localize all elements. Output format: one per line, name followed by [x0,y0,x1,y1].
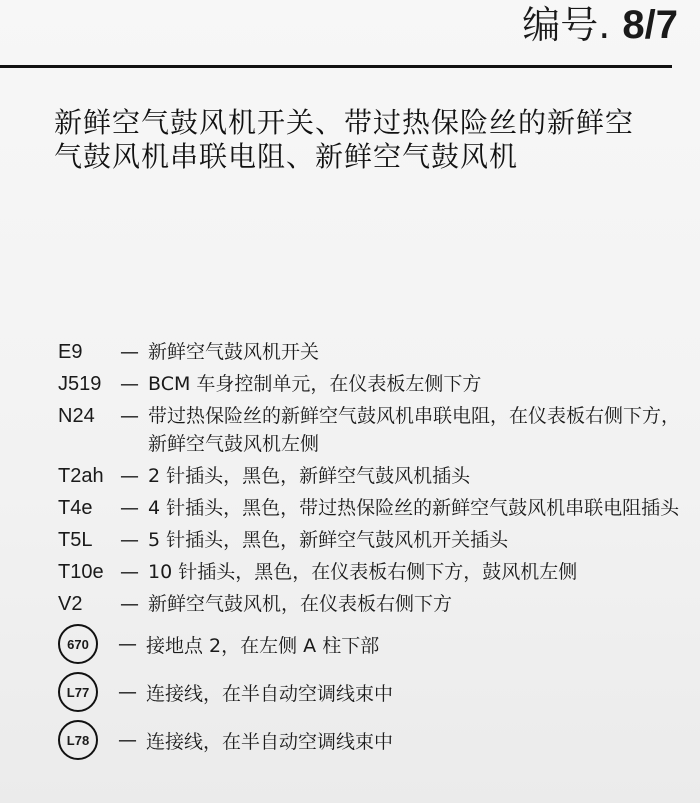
legend-desc: 5 针插头，黑色，新鲜空气鼓风机开关插头 [148,526,698,554]
legend-item-ground-670: 670 — 接地点 2，在左侧 A 柱下部 [58,622,698,666]
legend-dash: — [118,681,146,703]
connection-circle-icon: L78 [58,720,98,760]
legend-code: V2 [58,590,120,618]
title-line-2: 气鼓风机串联电阻、新鲜空气鼓风机 [54,140,694,174]
legend-desc: 接地点 2，在左侧 A 柱下部 [146,631,698,658]
legend-item-t5l: T5L — 5 针插头，黑色，新鲜空气鼓风机开关插头 [58,526,698,554]
legend-item-j519: J519 — BCM 车身控制单元，在仪表板左侧下方 [58,370,698,398]
legend-item-t2ah: T2ah — 2 针插头，黑色，新鲜空气鼓风机插头 [58,462,698,490]
legend-item-t10e: T10e — 10 针插头，黑色，在仪表板右侧下方，鼓风机左侧 [58,558,698,586]
legend-dash: — [120,526,148,554]
legend-item-n24: N24 — 带过热保险丝的新鲜空气鼓风机串联电阻，在仪表板右侧下方，新鲜空气鼓风… [58,402,698,458]
component-legend: E9 — 新鲜空气鼓风机开关 J519 — BCM 车身控制单元，在仪表板左侧下… [58,338,698,766]
legend-code: N24 [58,402,120,430]
legend-item-connector-l78: L78 — 连接线，在半自动空调线束中 [58,718,698,762]
legend-dash: — [118,729,146,751]
legend-dash: — [120,370,148,398]
legend-desc: 带过热保险丝的新鲜空气鼓风机串联电阻，在仪表板右侧下方，新鲜空气鼓风机左侧 [148,402,698,458]
legend-item-connector-l77: L77 — 连接线，在半自动空调线束中 [58,670,698,714]
title-line-1: 新鲜空气鼓风机开关、带过热保险丝的新鲜空 [54,106,694,140]
legend-item-v2: V2 — 新鲜空气鼓风机，在仪表板右侧下方 [58,590,698,618]
legend-desc: 新鲜空气鼓风机，在仪表板右侧下方 [148,590,698,618]
legend-dash: — [120,494,148,522]
legend-desc: 10 针插头，黑色，在仪表板右侧下方，鼓风机左侧 [148,558,698,586]
legend-desc: BCM 车身控制单元，在仪表板左侧下方 [148,370,698,398]
page-number: 编号. 8/7 [522,0,678,50]
legend-code: T10e [58,558,120,586]
ground-point-circle-icon: 670 [58,624,98,664]
legend-desc: 4 针插头，黑色，带过热保险丝的新鲜空气鼓风机串联电阻插头 [148,494,698,522]
legend-dash: — [120,402,148,430]
legend-desc: 2 针插头，黑色，新鲜空气鼓风机插头 [148,462,698,490]
connection-circle-icon: L77 [58,672,98,712]
legend-desc: 连接线，在半自动空调线束中 [146,727,698,754]
legend-item-t4e: T4e — 4 针插头，黑色，带过热保险丝的新鲜空气鼓风机串联电阻插头 [58,494,698,522]
header-divider [0,65,672,68]
legend-code: T2ah [58,462,120,490]
legend-code: T5L [58,526,120,554]
legend-code: T4e [58,494,120,522]
legend-dash: — [120,590,148,618]
legend-desc: 连接线，在半自动空调线束中 [146,679,698,706]
page-number-label: 编号. [522,3,610,47]
legend-item-e9: E9 — 新鲜空气鼓风机开关 [58,338,698,366]
legend-code: J519 [58,370,120,398]
legend-dash: — [120,558,148,586]
legend-dash: — [120,338,148,366]
legend-dash: — [118,633,146,655]
legend-desc: 新鲜空气鼓风机开关 [148,338,698,366]
page-title: 新鲜空气鼓风机开关、带过热保险丝的新鲜空 气鼓风机串联电阻、新鲜空气鼓风机 [54,106,694,174]
legend-dash: — [120,462,148,490]
page-number-value: 8/7 [622,3,678,47]
legend-code: E9 [58,338,120,366]
